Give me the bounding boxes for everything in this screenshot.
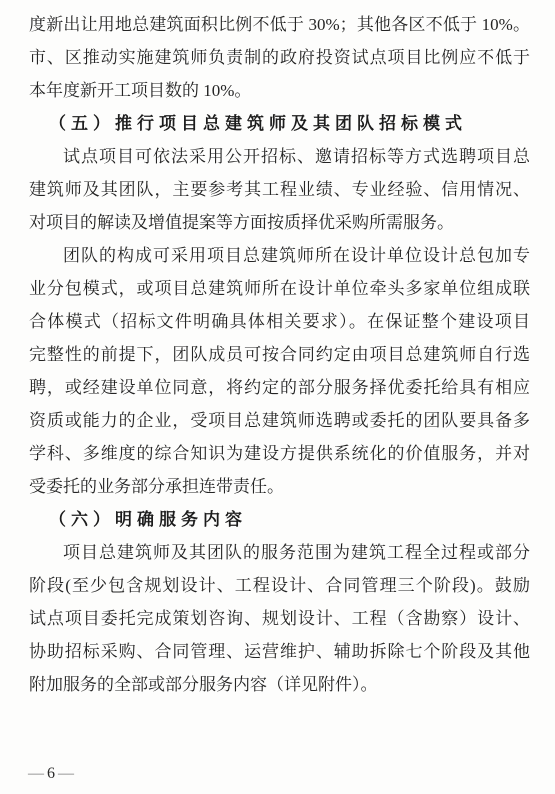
text-line: 学科、多维度的综合知识为建设方提供系统化的价值服务，并对 (29, 437, 530, 470)
text-line: 本年度新开工项目数的 10%。 (29, 74, 530, 107)
footer-dash-left: — (28, 764, 44, 784)
section-heading: （五）推行项目总建筑师及其团队招标模式 (29, 107, 530, 140)
footer-dash-right: — (58, 764, 74, 784)
text-line: 试点项目委托完成策划咨询、规划设计、工程（含勘察）设计、 (29, 602, 530, 635)
text-line: 项目总建筑师及其团队的服务范围为建筑工程全过程或部分 (29, 536, 530, 569)
text-line: 试点项目可依法采用公开招标、邀请招标等方式选聘项目总 (29, 140, 530, 173)
text-line: 团队的构成可采用项目总建筑师所在设计单位设计总包加专 (29, 239, 530, 272)
text-line: 业分包模式，或项目总建筑师所在设计单位牵头多家单位组成联 (29, 272, 530, 305)
text-line: 建筑师及其团队，主要参考其工程业绩、专业经验、信用情况、 (29, 173, 530, 206)
text-line: 度新出让用地总建筑面积比例不低于 30%；其他各区不低于 10%。 (29, 8, 530, 41)
text-line: 市、区推动实施建筑师负责制的政府投资试点项目比例应不低于 (29, 41, 530, 74)
text-line: 对项目的解读及增值提案等方面按质择优采购所需服务。 (29, 206, 530, 239)
document-body: 度新出让用地总建筑面积比例不低于 30%；其他各区不低于 10%。 市、区推动实… (29, 8, 530, 701)
text-line: 完整性的前提下，团队成员可按合同约定由项目总建筑师自行选 (29, 338, 530, 371)
document-page: 度新出让用地总建筑面积比例不低于 30%；其他各区不低于 10%。 市、区推动实… (0, 0, 555, 794)
text-line: 资质或能力的企业，受项目总建筑师选聘或委托的团队要具备多 (29, 404, 530, 437)
text-line: 协助招标采购、合同管理、运营维护、辅助拆除七个阶段及其他 (29, 635, 530, 668)
page-footer: — 6 — (28, 764, 74, 784)
text-line: 聘，或经建设单位同意，将约定的部分服务择优委托给具有相应 (29, 371, 530, 404)
section-heading: （六）明确服务内容 (29, 503, 530, 536)
page-number: 6 (46, 764, 56, 784)
text-line: 阶段(至少包含规划设计、工程设计、合同管理三个阶段)。鼓励 (29, 569, 530, 602)
text-line: 合体模式（招标文件明确具体相关要求）。在保证整个建设项目 (29, 305, 530, 338)
text-line: 附加服务的全部或部分服务内容（详见附件）。 (29, 668, 530, 701)
text-line: 受委托的业务部分承担连带责任。 (29, 470, 530, 503)
